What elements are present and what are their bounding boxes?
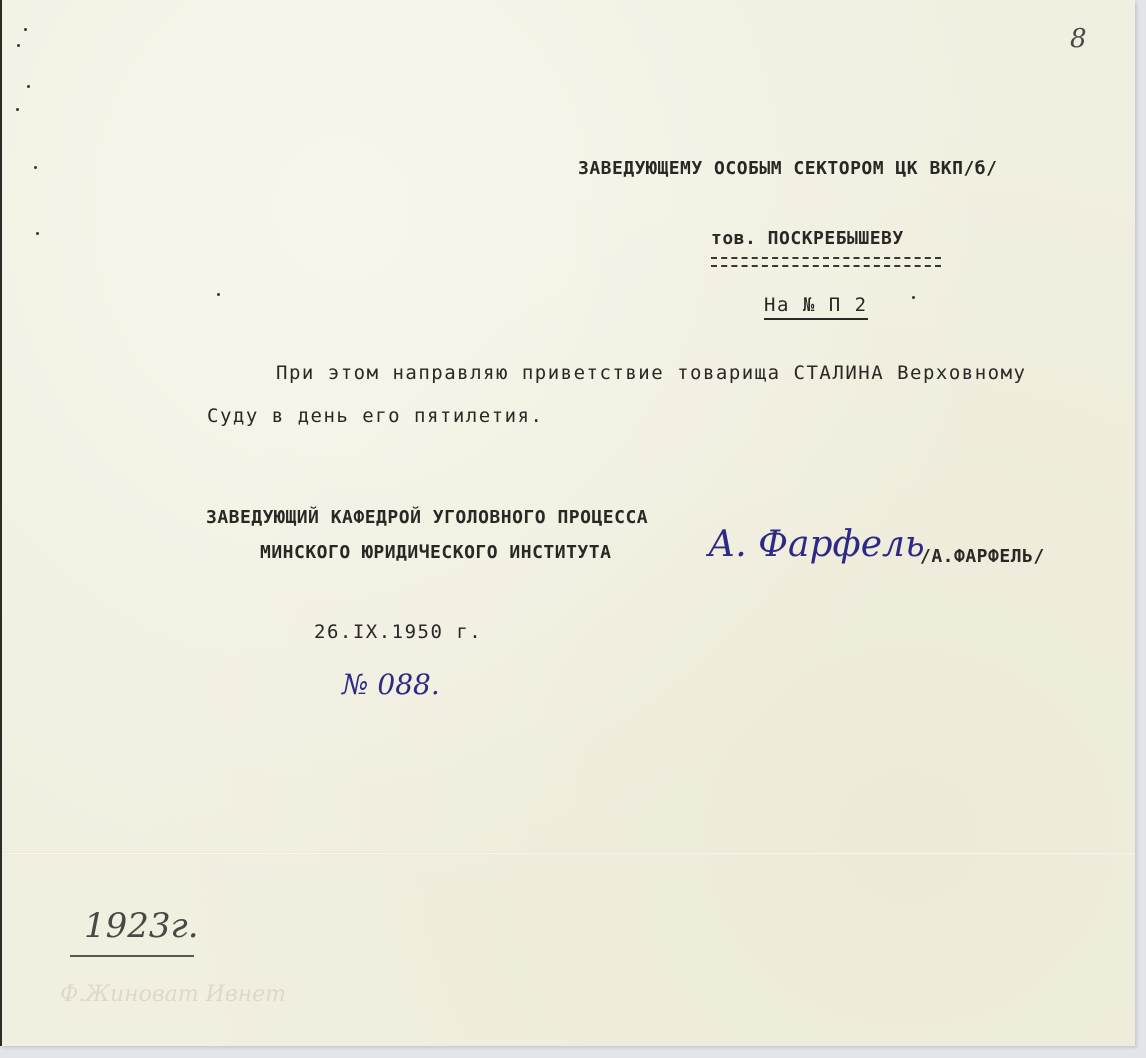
handwritten-number: № 088. — [342, 668, 440, 701]
typed-signatory-name: /А.ФАРФЕЛЬ/ — [920, 546, 1045, 567]
margin-speck — [912, 296, 915, 299]
pencil-archive-note: 1923г. — [84, 906, 199, 946]
margin-speck — [24, 28, 27, 31]
faded-note: Ф.Жиноват Ивнет — [60, 982, 286, 1007]
margin-speck — [27, 85, 30, 88]
page-number: 8 — [1070, 24, 1087, 54]
margin-speck — [217, 293, 220, 296]
reference-number: На № П 2 — [764, 294, 868, 316]
signatory-title-line-1: ЗАВЕДУЮЩИЙ КАФЕДРОЙ УГОЛОВНОГО ПРОЦЕССА — [206, 507, 648, 528]
document-page: 8 ЗАВЕДУЮЩЕМУ ОСОБЫМ СЕКТОРОМ ЦК ВКП/б/ … — [0, 0, 1135, 1046]
addressee-line-2: тов. ПОСКРЕБЫШЕВУ — [711, 228, 904, 249]
body-line-1: При этом направляю приветствие товарища … — [276, 362, 1026, 384]
margin-speck — [17, 44, 20, 47]
paper-fold-line — [2, 852, 1135, 855]
margin-speck — [16, 108, 19, 111]
pencil-underline — [70, 955, 194, 957]
body-line-2: Суду в день его пятилетия. — [207, 405, 543, 427]
margin-speck — [34, 166, 37, 169]
document-date: 26.IX.1950 г. — [314, 621, 482, 643]
handwritten-signature: А. Фарфель — [708, 524, 925, 565]
double-underline — [711, 257, 941, 267]
margin-speck — [36, 232, 39, 235]
signatory-title-line-2: МИНСКОГО ЮРИДИЧЕСКОГО ИНСТИТУТА — [260, 542, 611, 563]
addressee-line-1: ЗАВЕДУЮЩЕМУ ОСОБЫМ СЕКТОРОМ ЦК ВКП/б/ — [578, 158, 997, 179]
